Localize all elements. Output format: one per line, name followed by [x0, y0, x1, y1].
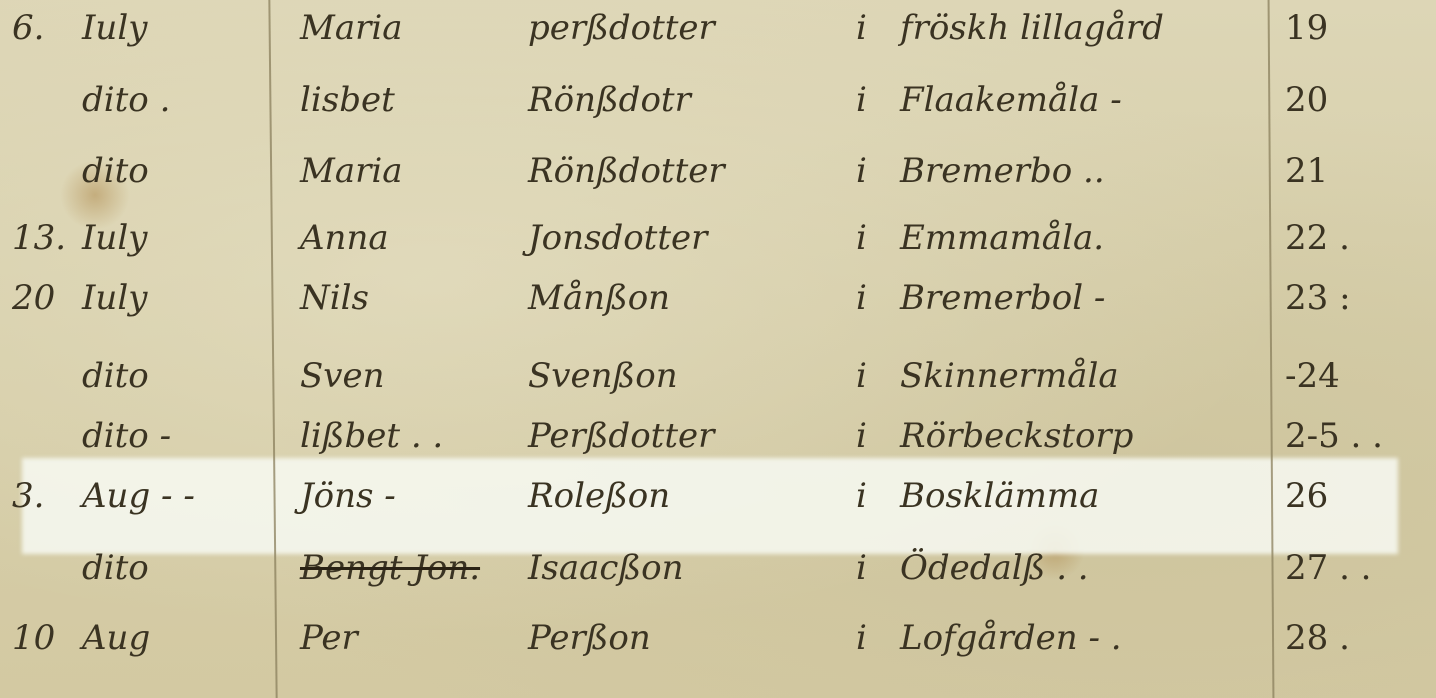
preposition: i	[856, 350, 886, 402]
given-name-corrected: Bengt Jon.	[300, 542, 520, 594]
date-day: 6.	[12, 2, 82, 54]
place-name: fröskh lillagård	[900, 2, 1265, 54]
register-row: dito Sven Svenßon i Skinnermåla -24	[0, 350, 1436, 402]
place-name: Rörbeckstorp	[900, 410, 1265, 462]
date-month: dito -	[82, 410, 252, 462]
entry-number: 27 . .	[1285, 542, 1405, 594]
place-name: Bremerbol -	[900, 272, 1265, 324]
given-name: Maria	[300, 145, 520, 197]
place-name: Ödedalß . .	[900, 542, 1265, 594]
preposition: i	[856, 212, 886, 264]
given-name: Jöns -	[300, 470, 520, 522]
date-month: Iuly	[82, 2, 252, 54]
patronymic: Jonsdotter	[528, 212, 848, 264]
date-month: dito .	[82, 74, 252, 126]
preposition: i	[856, 410, 886, 462]
date-month: Aug	[82, 612, 252, 664]
patronymic: Månßon	[528, 272, 848, 324]
entry-number: 20	[1285, 74, 1405, 126]
date-day: 13.	[12, 212, 82, 264]
date-month: Iuly	[82, 272, 252, 324]
entry-number: 21	[1285, 145, 1405, 197]
register-row-highlighted: 3. Aug - - Jöns - Roleßon i Bosklämma 26	[0, 470, 1436, 522]
date-month: Aug - -	[82, 470, 252, 522]
preposition: i	[856, 470, 886, 522]
place-name: Bosklämma	[900, 470, 1265, 522]
given-name: lißbet . .	[300, 410, 520, 462]
register-row: 10 Aug Per Perßon i Lofgården - . 28 .	[0, 612, 1436, 664]
register-row: 20 Iuly Nils Månßon i Bremerbol - 23 :	[0, 272, 1436, 324]
place-name: Skinnermåla	[900, 350, 1265, 402]
entry-number: 23 :	[1285, 272, 1405, 324]
patronymic: Rönßdotter	[528, 145, 848, 197]
patronymic: Isaacßon	[528, 542, 848, 594]
given-name: Sven	[300, 350, 520, 402]
register-row: dito Maria Rönßdotter i Bremerbo .. 21	[0, 145, 1436, 197]
given-name: Per	[300, 612, 520, 664]
patronymic: Perßon	[528, 612, 848, 664]
patronymic: Rönßdotr	[528, 74, 848, 126]
entry-number: 26	[1285, 470, 1405, 522]
place-name: Flaakemåla -	[900, 74, 1265, 126]
register-row: dito - lißbet . . Perßdotter i Rörbeckst…	[0, 410, 1436, 462]
date-day: 3.	[12, 470, 82, 522]
preposition: i	[856, 145, 886, 197]
date-month: dito	[82, 542, 252, 594]
date-month: dito	[82, 350, 252, 402]
date-month: dito	[82, 145, 252, 197]
date-day: 10	[12, 612, 82, 664]
entry-number: 28 .	[1285, 612, 1405, 664]
patronymic: Svenßon	[528, 350, 848, 402]
entry-number: 22 .	[1285, 212, 1405, 264]
given-name: Nils	[300, 272, 520, 324]
preposition: i	[856, 272, 886, 324]
preposition: i	[856, 74, 886, 126]
register-row: dito . lisbet Rönßdotr i Flaakemåla - 20	[0, 74, 1436, 126]
patronymic: perßdotter	[528, 2, 848, 54]
preposition: i	[856, 2, 886, 54]
register-row: dito Bengt Jon. Isaacßon i Ödedalß . . 2…	[0, 542, 1436, 594]
place-name: Emmamåla.	[900, 212, 1265, 264]
preposition: i	[856, 612, 886, 664]
given-name: Maria	[300, 2, 520, 54]
entry-number: 2-5 . .	[1285, 410, 1405, 462]
register-row: 13. Iuly Anna Jonsdotter i Emmamåla. 22 …	[0, 212, 1436, 264]
preposition: i	[856, 542, 886, 594]
patronymic: Roleßon	[528, 470, 848, 522]
date-month: Iuly	[82, 212, 252, 264]
entry-number: 19	[1285, 2, 1405, 54]
date-day: 20	[12, 272, 82, 324]
patronymic: Perßdotter	[528, 410, 848, 462]
place-name: Bremerbo ..	[900, 145, 1265, 197]
entry-number: -24	[1285, 350, 1405, 402]
given-name: Anna	[300, 212, 520, 264]
given-name: lisbet	[300, 74, 520, 126]
register-page: 6. Iuly Maria perßdotter i fröskh lillag…	[0, 0, 1436, 698]
register-row: 6. Iuly Maria perßdotter i fröskh lillag…	[0, 2, 1436, 54]
place-name: Lofgården - .	[900, 612, 1265, 664]
